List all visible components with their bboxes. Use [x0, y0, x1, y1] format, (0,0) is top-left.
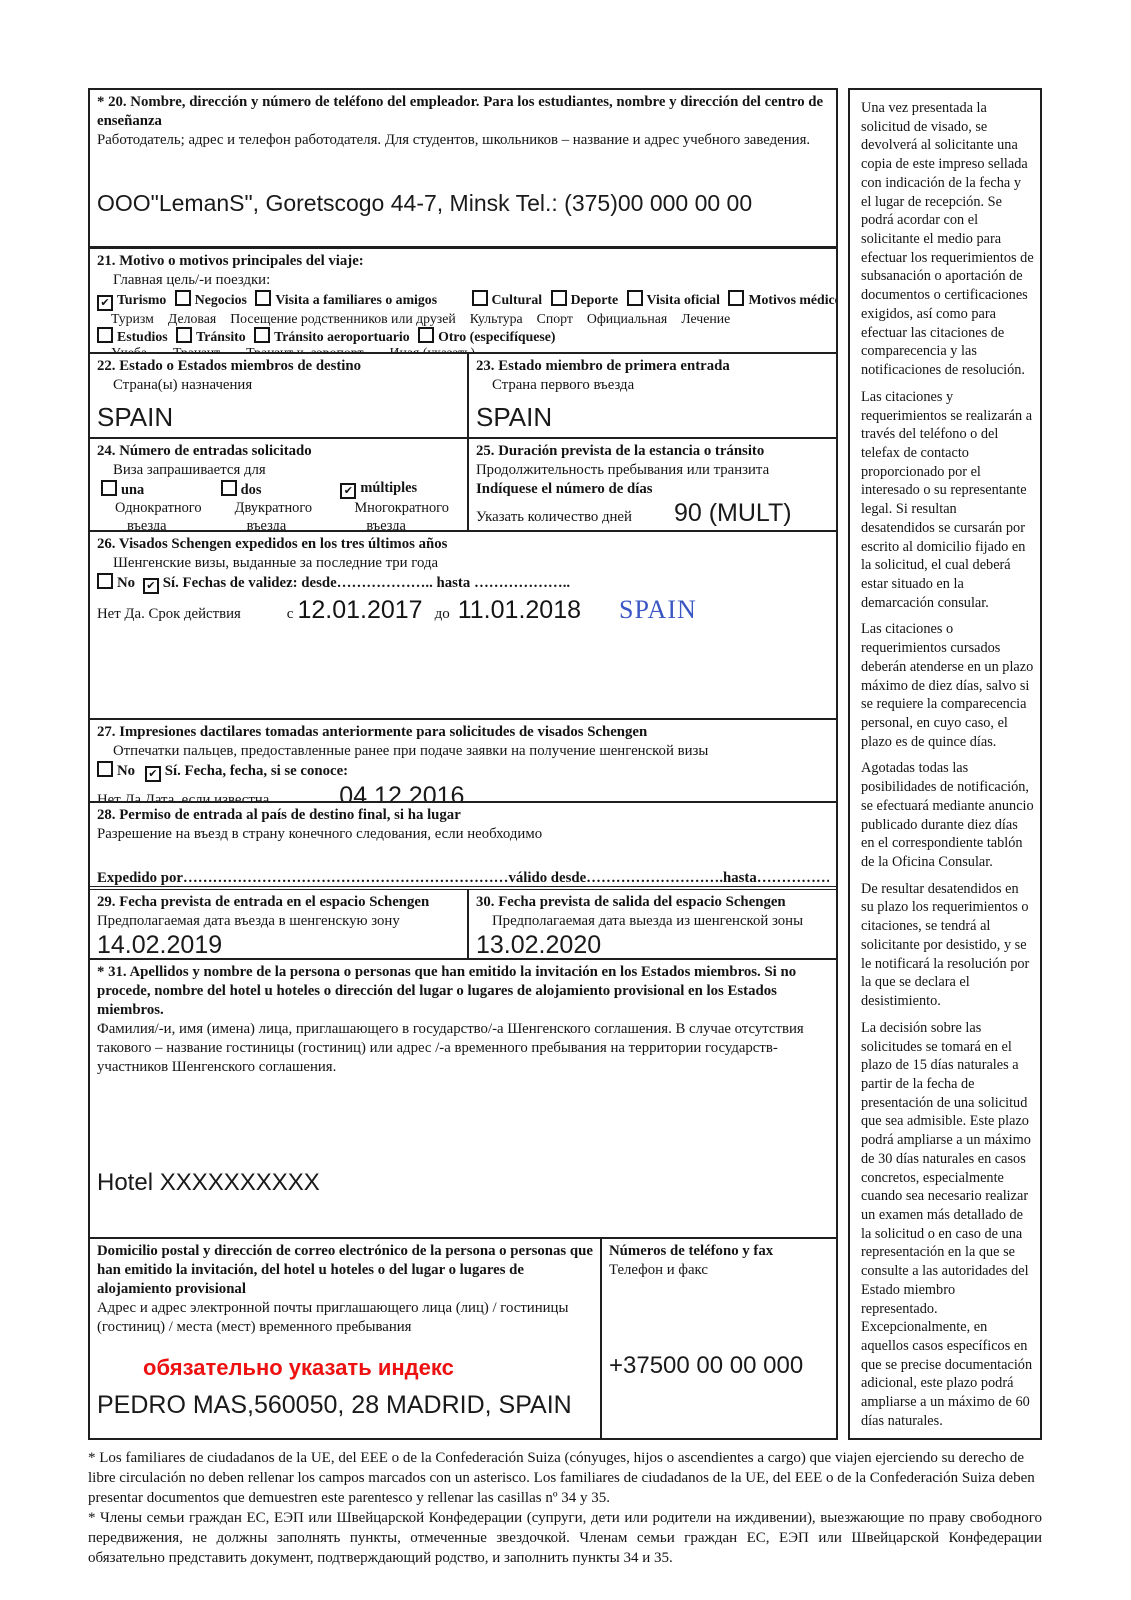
telefono-title-es: Números de teléfono y fax — [609, 1242, 829, 1261]
visita-oficial-option: Visita oficial — [627, 292, 725, 307]
field-28-title-es: 28. Permiso de entrada al país de destin… — [97, 806, 829, 825]
field-23: 23. Estado miembro de primera entrada Ст… — [467, 354, 836, 437]
field-22-title-es: 22. Estado o Estados miembros de destino — [97, 357, 460, 376]
field-26-date-to[interactable]: 11.01.2018 — [458, 596, 581, 624]
field-20-title-ru: Работодатель; адрес и телефон работодате… — [97, 131, 829, 150]
estudios-checkbox[interactable] — [97, 327, 113, 343]
field-23-title-ru: Страна первого въезда — [476, 376, 829, 395]
multiples-checkbox[interactable]: ✔ — [340, 483, 356, 499]
field-26-ru-line: Нет Да. Срок действия — [97, 606, 241, 622]
field-24-title-ru: Виза запрашивается для — [97, 461, 460, 480]
dos-option: dos Двукратного въезда — [221, 480, 341, 530]
field-25-title-ru: Продолжительность пребывания или транзит… — [476, 461, 829, 480]
field-26: 26. Visados Schengen expedidos en los tr… — [90, 532, 836, 720]
transito-option: Tránsito — [176, 329, 251, 344]
field-26-check-line: No ✔Sí. Fechas de validez: desde………………..… — [97, 573, 829, 594]
footnote: * Los familiares de ciudadanos de la UE,… — [88, 1449, 1042, 1569]
field-28: 28. Permiso de entrada al país de destin… — [90, 803, 836, 890]
sidebar-paragraph: La decisión sobre las solicitudes se tom… — [861, 1019, 1034, 1431]
fields-22-23-row: 22. Estado o Estados miembros de destino… — [90, 354, 836, 439]
field-24-options: una Однократного въезда dos Двукратного … — [97, 480, 460, 530]
domicilio-red-note: обязательно указать индекс — [143, 1355, 593, 1381]
instructions-sidebar: Una vez presentada la solicitud de visad… — [848, 88, 1042, 1440]
field-30-title-es: 30. Fecha prevista de salida del espacio… — [476, 893, 829, 912]
estudios-option: Estudios — [97, 329, 173, 344]
visita-oficial-checkbox[interactable] — [627, 290, 643, 306]
footnote-es: * Los familiares de ciudadanos de la UE,… — [88, 1449, 1042, 1509]
field-21: 21. Motivo o motivos principales del via… — [90, 249, 836, 354]
telefono-value[interactable]: +37500 00 00 000 — [609, 1352, 829, 1380]
field-29-title-es: 29. Fecha prevista de entrada en el espa… — [97, 893, 460, 912]
sidebar-paragraph: Una vez presentada la solicitud de visad… — [861, 99, 1034, 380]
field-26-to-prefix: до — [435, 606, 450, 622]
motivos-medicos-checkbox[interactable] — [728, 290, 744, 306]
field-21-title-ru: Главная цель/-и поездки: — [97, 271, 829, 290]
visa-application-form: * 20. Nombre, dirección y número de telé… — [88, 88, 838, 1440]
field-24-title-es: 24. Número de entradas solicitado — [97, 442, 460, 461]
transito-aeroportuario-option: Tránsito aeroportuario — [254, 329, 415, 344]
footnote-ru: * Члены семьи граждан ЕС, ЕЭП или Швейца… — [88, 1509, 1042, 1569]
field-21-options-row1-ru: ТуризмДеловаяПосещение родственников или… — [97, 311, 829, 327]
field-23-value[interactable]: SPAIN — [476, 402, 829, 433]
f26-no-checkbox[interactable] — [97, 573, 113, 589]
field-30-value[interactable]: 13.02.2020 — [476, 931, 829, 958]
f27-si-checkbox[interactable]: ✔ — [145, 766, 161, 782]
field-26-date-from[interactable]: 12.01.2017 — [297, 596, 422, 624]
field-21-options-row2-ru: УчебаТранзитТранзит ч. аэропортИная (ука… — [97, 345, 829, 354]
otro-option: Otro (especifíquese) — [418, 329, 560, 344]
field-25-value-line: Указать количество дней 90 (MULT) — [476, 499, 829, 528]
una-option: una Однократного въезда — [101, 480, 221, 530]
field-30: 30. Fecha prevista de salida del espacio… — [467, 890, 836, 958]
field-27-value-line: Нет Да Дата, если известна 04.12.2016 — [97, 782, 829, 803]
deporte-option: Deporte — [551, 292, 624, 307]
field-31-title-es: * 31. Apellidos y nombre de la persona o… — [97, 963, 829, 1020]
field-21-title-es: 21. Motivo o motivos principales del via… — [97, 252, 829, 271]
field-22: 22. Estado o Estados miembros de destino… — [90, 354, 467, 437]
field-21-options-row1: ✔Turismo Negocios Visita a familiares o … — [97, 290, 829, 311]
domicilio-title-ru: Адрес и адрес электронной почты приглаша… — [97, 1299, 593, 1337]
field-25-subtitle-es: Indíquese el número de días — [476, 480, 829, 499]
field-26-from-prefix: с — [287, 606, 294, 622]
multiples-option: ✔múltiples Многократного въезда — [340, 480, 460, 530]
sidebar-paragraph: El visado concedido deberá ser recogido … — [861, 1439, 1034, 1440]
negocios-option: Negocios — [175, 292, 252, 307]
turismo-option: ✔Turismo — [97, 292, 171, 307]
sidebar-paragraph: Las citaciones y requerimientos se reali… — [861, 388, 1034, 613]
field-28-dotted-line[interactable]: Expedido por…………………………………………………………válido… — [97, 870, 829, 887]
sidebar-paragraph: Las citaciones o requerimientos cursados… — [861, 620, 1034, 751]
visita-familiares-checkbox[interactable] — [255, 290, 271, 306]
dos-checkbox[interactable] — [221, 480, 237, 496]
f27-no-checkbox[interactable] — [97, 761, 113, 777]
field-26-country[interactable]: SPAIN — [619, 595, 697, 624]
field-28-title-ru: Разрешение на въезд в страну конечного с… — [97, 825, 829, 844]
sidebar-paragraph: De resultar desatendidos en su plazo los… — [861, 880, 1034, 1011]
cultural-option: Cultural — [472, 292, 548, 307]
field-27-title-ru: Отпечатки пальцев, предоставленные ранее… — [97, 742, 829, 761]
field-26-title-es: 26. Visados Schengen expedidos en los tr… — [97, 535, 829, 554]
field-25-title-es: 25. Duración prevista de la estancia o t… — [476, 442, 829, 461]
turismo-checkbox[interactable]: ✔ — [97, 295, 113, 311]
f26-si-checkbox[interactable]: ✔ — [143, 578, 159, 594]
field-20: * 20. Nombre, dirección y número de telé… — [90, 90, 836, 249]
field-24: 24. Número de entradas solicitado Виза з… — [90, 439, 467, 530]
field-26-dates-line: Нет Да. Срок действия с 12.01.2017 до 11… — [97, 595, 829, 625]
field-20-value[interactable]: OOO"LemanS", Goretscogo 44-7, Minsk Tel.… — [97, 190, 829, 217]
field-22-title-ru: Страна(ы) назначения — [97, 376, 460, 395]
visita-familiares-option: Visita a familiares o amigos — [255, 292, 442, 307]
field-27-ru-line: Нет Да Дата, если известна — [97, 792, 269, 803]
domicilio-field: Domicilio postal y dirección de correo e… — [90, 1239, 600, 1440]
sidebar-paragraph: Agotadas todas las posibilidades de noti… — [861, 759, 1034, 871]
field-20-title-es: * 20. Nombre, dirección y número de telé… — [97, 93, 829, 131]
field-27-title-es: 27. Impresiones dactilares tomadas anter… — [97, 723, 829, 742]
field-29-value[interactable]: 14.02.2019 — [97, 931, 460, 958]
domicilio-title-es: Domicilio postal y dirección de correo e… — [97, 1242, 593, 1299]
field-27: 27. Impresiones dactilares tomadas anter… — [90, 720, 836, 803]
field-25: 25. Duración prevista de la estancia o t… — [467, 439, 836, 530]
field-31-title-ru: Фамилия/-и, имя (имена) лица, приглашающ… — [97, 1020, 829, 1077]
una-checkbox[interactable] — [101, 480, 117, 496]
telefono-field: Números de teléfono y fax Телефон и факс… — [600, 1239, 836, 1440]
deporte-checkbox[interactable] — [551, 290, 567, 306]
field-30-title-ru: Предполагаемая дата выезда из шенгенской… — [476, 912, 829, 931]
transito-aeroportuario-checkbox[interactable] — [254, 327, 270, 343]
field-31-value[interactable]: Hotel XXXXXXXXXX — [97, 1169, 829, 1197]
field-27-value[interactable]: 04.12.2016 — [339, 782, 464, 803]
field-22-value[interactable]: SPAIN — [97, 402, 460, 433]
domicilio-value[interactable]: PEDRO MAS,560050, 28 MADRID, SPAIN — [97, 1391, 593, 1420]
telefono-title-ru: Телефон и факс — [609, 1261, 829, 1280]
field-25-subtitle-ru: Указать количество дней — [476, 509, 632, 525]
field-27-check-line: No ✔Sí. Fecha, fecha, si se conoce: — [97, 761, 829, 782]
fields-24-25-row: 24. Número de entradas solicitado Виза з… — [90, 439, 836, 532]
cultural-checkbox[interactable] — [472, 290, 488, 306]
field-21-options-row2: Estudios Tránsito Tránsito aeroportuario… — [97, 327, 829, 345]
field-25-value[interactable]: 90 (MULT) — [674, 499, 792, 527]
otro-checkbox[interactable] — [418, 327, 434, 343]
transito-checkbox[interactable] — [176, 327, 192, 343]
fields-29-30-row: 29. Fecha prevista de entrada en el espa… — [90, 890, 836, 960]
bottom-row: Domicilio postal y dirección de correo e… — [90, 1239, 836, 1440]
field-29: 29. Fecha prevista de entrada en el espa… — [90, 890, 467, 958]
field-23-title-es: 23. Estado miembro de primera entrada — [476, 357, 829, 376]
motivos-medicos-option: Motivos médicos — [728, 292, 836, 307]
negocios-checkbox[interactable] — [175, 290, 191, 306]
field-29-title-ru: Предполагаемая дата въезда в шенгенскую … — [97, 912, 460, 931]
field-31: * 31. Apellidos y nombre de la persona o… — [90, 960, 836, 1239]
field-26-title-ru: Шенгенские визы, выданные за последние т… — [97, 554, 829, 573]
